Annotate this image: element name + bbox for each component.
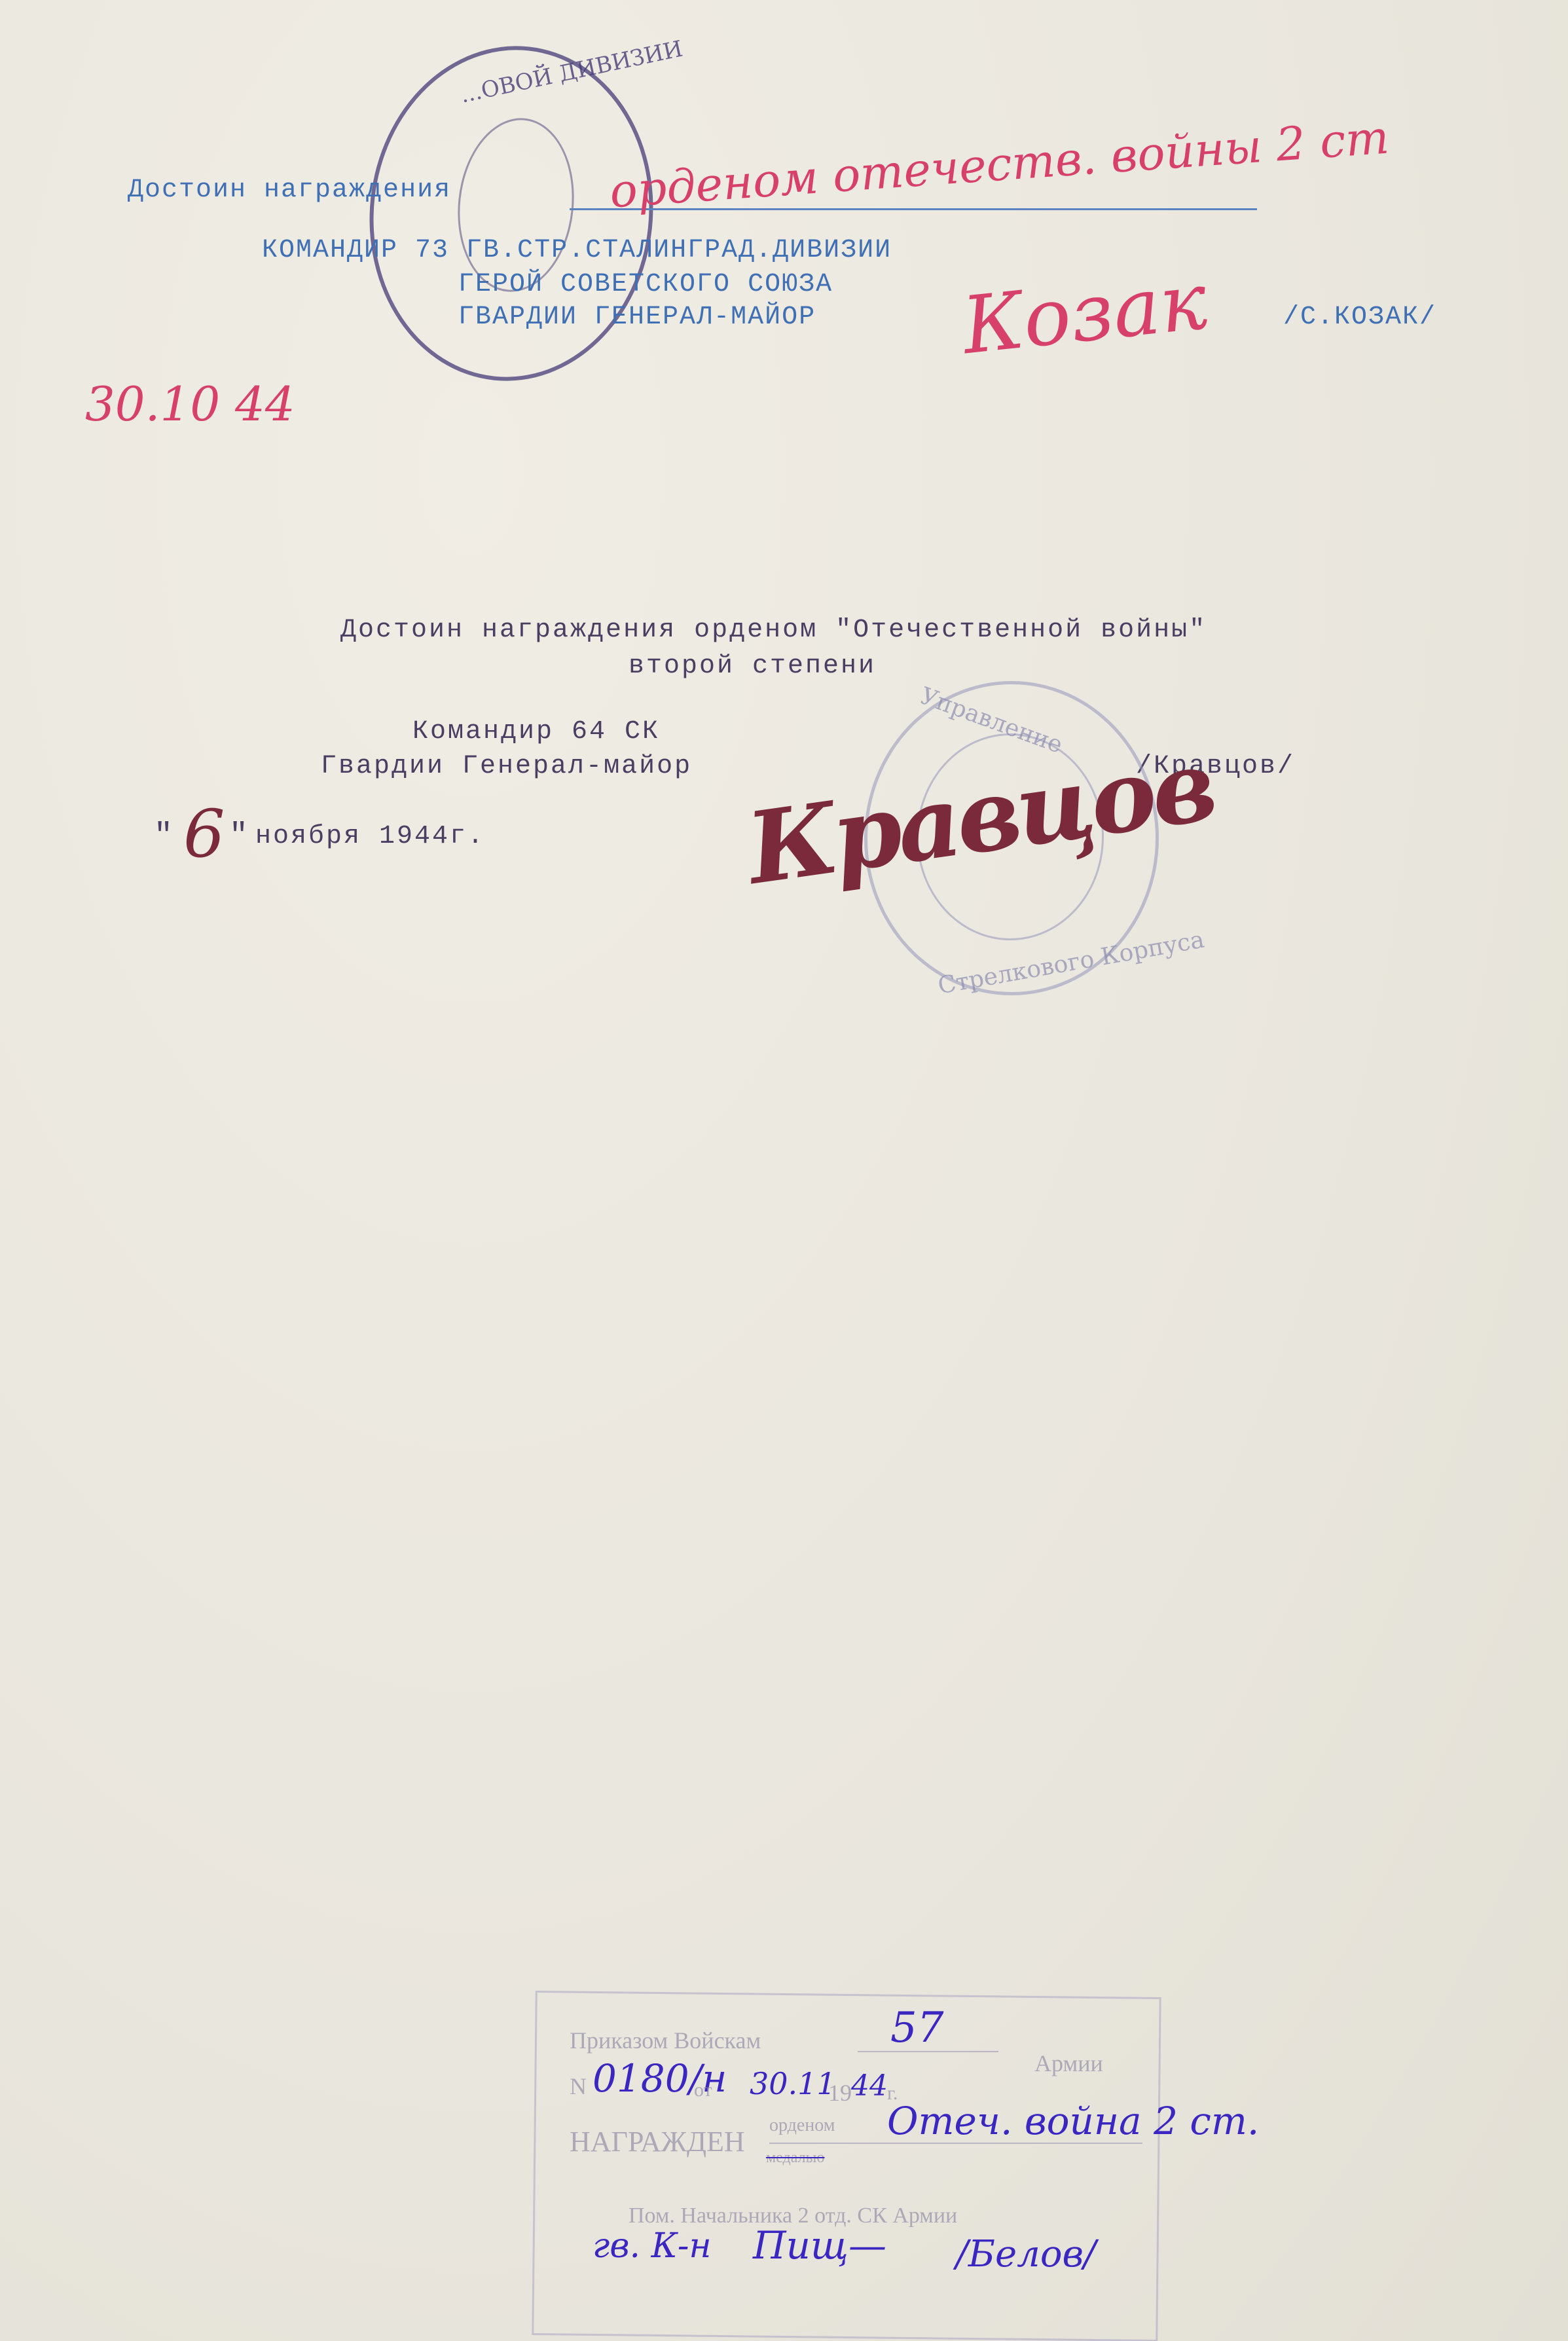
award-stamp-army-label: Армии xyxy=(1034,2050,1103,2077)
corps-award-line-1: Достоин награждения орденом "Отечественн… xyxy=(340,616,1207,645)
corps-date-close-quote: " xyxy=(229,819,250,854)
corps-commander-line-2: Гвардии Генерал-майор xyxy=(321,752,692,781)
award-stamp-rank: гв. К-н xyxy=(593,2226,712,2266)
division-commander-line-1: КОМАНДИР 73 ГВ.СТР.СТАЛИНГРАД.ДИВИЗИИ xyxy=(262,236,892,265)
corps-date-day: 6 xyxy=(183,796,225,872)
award-stamp-from-label: от xyxy=(694,2079,712,2101)
award-stamp-awarded-label: НАГРАЖДЕН xyxy=(570,2125,745,2158)
award-stamp-order-option: орденом xyxy=(769,2115,835,2136)
award-stamp-army-number: 57 xyxy=(890,2004,943,2052)
award-stamp-date: 30.11 xyxy=(750,2066,836,2101)
award-stamp-award-name: Отеч. война 2 ст. xyxy=(887,2099,1259,2143)
award-stamp-name: /Белов/ xyxy=(956,2233,1096,2276)
division-commander-line-3: ГВАРДИИ ГЕНЕРАЛ-МАЙОР xyxy=(458,303,816,332)
award-stamp-number-label: N xyxy=(570,2073,587,2100)
corps-award-line-2: второй степени xyxy=(629,652,876,681)
corps-date-open-quote: " xyxy=(154,819,175,854)
corps-date-rest: ноября 1944г. xyxy=(255,822,485,851)
award-stamp-year-suffix: 44 xyxy=(851,2069,888,2103)
award-stamp-medal-option: медалью xyxy=(766,2149,824,2167)
award-stamp-order-label: Приказом Войскам xyxy=(570,2027,761,2054)
corps-commander-line-1: Командир 64 СК xyxy=(412,717,660,747)
division-handwritten-date: 30.10 44 xyxy=(85,377,295,432)
document-paper xyxy=(0,0,1568,2341)
division-commander-name: /С.КОЗАК/ xyxy=(1283,303,1436,332)
award-stamp-signature: Пищ— xyxy=(753,2223,886,2268)
award-stamp-year-prefix: 19 xyxy=(828,2079,852,2107)
division-award-prefix: Достоин награждения xyxy=(128,175,451,205)
division-commander-line-2: ГЕРОЙ СОВЕТСКОГО СОЮЗА xyxy=(458,270,833,299)
